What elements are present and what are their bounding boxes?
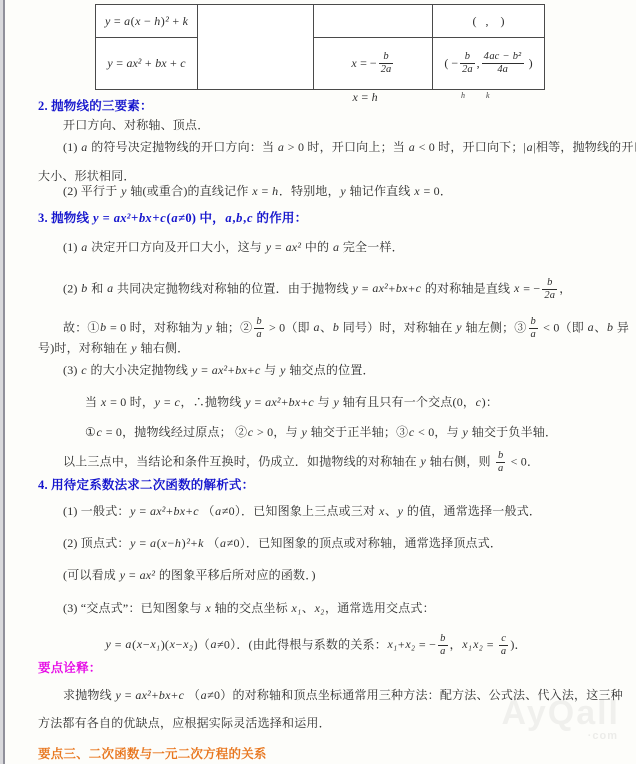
math-variable: x <box>161 536 168 550</box>
math-variable: x <box>100 395 107 409</box>
table-cell-vertex-blank-coords: ( , ) <box>433 5 544 38</box>
math-variable: a <box>408 140 415 154</box>
math-variable: ax² <box>113 211 131 225</box>
fraction-denominator: 2a <box>460 64 475 76</box>
math-variable: a <box>215 504 222 518</box>
table-column-axis: x = −b2a <box>313 5 432 89</box>
math-variable: bx <box>395 281 408 295</box>
chapter-heading: 要点三、二次函数与一元二次方程的关系 <box>38 745 267 763</box>
section-heading-3: 3. 抛物线 y = ax²+bx+c(a≠0) 中，a,b,c 的作用： <box>38 209 307 227</box>
text-line: (3) c 的大小决定抛物线 y = ax²+bx+c 与 y 轴交点的位置． <box>63 361 375 379</box>
text-line: 故：①b = 0 时，对称轴为 y 轴；②ba > 0（即 a、b 同号）时，对… <box>63 316 629 341</box>
math-variable: a <box>81 140 88 154</box>
text-line: 以上三点中，当结论和条件互换时，仍成立．如抛物线的对称轴在 y 轴右侧，则 ba… <box>63 450 539 475</box>
fraction-numerator: b <box>379 51 394 64</box>
math-variable: ax² <box>135 688 152 702</box>
table-cell-vertex-form: y = a(x − h)² + k <box>96 5 197 38</box>
math-variable: k <box>182 14 188 28</box>
paren-close: ) <box>526 56 533 71</box>
math-variable: ax² <box>265 395 282 409</box>
cutoff-glyph-h: h <box>461 91 465 100</box>
math-variable: a <box>210 637 217 651</box>
fraction-numerator: b <box>542 277 557 290</box>
fraction: 4ac − b²4a <box>482 51 524 76</box>
fraction-numerator: b <box>496 450 505 463</box>
document-page: y = a(x − h)² + k y = ax² + bx + c x = −… <box>0 0 636 764</box>
math-variable: y <box>352 281 359 295</box>
math-variable: k <box>198 536 205 550</box>
section-heading-4: 4. 用待定系数法求二次函数的解析式： <box>38 476 254 494</box>
math-variable: a <box>171 211 178 225</box>
note-heading: 要点诠释： <box>38 659 102 677</box>
math-variable: y <box>456 320 463 334</box>
table-column-vertex: ( , ) ( −b2a,4ac − b²4a ) <box>432 5 544 89</box>
math-variable: b <box>100 320 107 334</box>
section-heading-2: 2. 抛物线的三要素： <box>38 97 153 115</box>
fraction-denominator: 2a <box>542 290 557 302</box>
math-variable: y <box>115 688 122 702</box>
math-variable: c <box>408 425 415 439</box>
math-variable: h <box>154 14 161 28</box>
axis-label-xh: x = h <box>352 90 378 105</box>
math-variable: x₂ <box>473 637 484 651</box>
math-variable: a <box>332 240 339 254</box>
math-variable: bx <box>155 56 167 70</box>
fraction-denominator: 2a <box>379 64 394 76</box>
fraction-numerator: b <box>254 316 263 329</box>
math-variable: y <box>245 395 252 409</box>
vertex-coords-placeholder: ( , ) <box>473 14 505 29</box>
math-variable: a <box>225 211 232 225</box>
math-variable: a <box>150 536 157 550</box>
math-variable: x <box>378 504 385 518</box>
math-variable: h <box>272 184 279 198</box>
math-variable: y <box>105 14 111 28</box>
math-variable: a <box>107 281 114 295</box>
math-variable: c <box>475 395 482 409</box>
math-variable: ² <box>186 536 191 550</box>
math-variable: c <box>247 425 254 439</box>
math-variable: y <box>154 395 161 409</box>
math-variable: y <box>340 184 347 198</box>
math-variable: y <box>301 425 308 439</box>
table-cell-axis-blank <box>314 5 432 38</box>
math-variable: b <box>332 320 339 334</box>
math-variable: x <box>169 637 176 651</box>
math-variable: b <box>607 320 614 334</box>
math-variable: c <box>246 211 253 225</box>
fraction: ca <box>499 633 508 658</box>
math-variable: a <box>220 536 227 550</box>
text-line: 方法都有各自的优缺点，应根据实际灵活选择和运用． <box>38 714 331 732</box>
math-variable: ax² <box>126 56 142 70</box>
comma: , <box>477 56 480 71</box>
text-line: 求抛物线 y = ax²+bx+c （a≠0）的对称轴和顶点坐标通常用三种方法：… <box>63 686 623 704</box>
fraction-denominator: a <box>529 329 538 341</box>
math-variable: y <box>333 395 340 409</box>
math-variable: y <box>280 363 287 377</box>
fraction-denominator: a <box>438 646 447 658</box>
math-variable: x <box>205 601 212 615</box>
math-variable: x <box>252 184 259 198</box>
math-variable: y <box>191 363 198 377</box>
math-variable: b <box>236 211 243 225</box>
text-line: 开口方向、对称轴、顶点． <box>63 116 209 134</box>
math-variable: ax² <box>139 568 156 582</box>
general-form-formula: y = ax² + bx + c <box>107 56 186 71</box>
cutoff-glyph-k: k <box>486 91 490 100</box>
fraction: ba <box>438 633 447 658</box>
math-variable: c <box>193 504 200 518</box>
table-cell-general-form: y = ax² + bx + c <box>96 38 197 89</box>
table-column-form: y = a(x − h)² + k y = ax² + bx + c <box>96 5 197 89</box>
math-variable: ax² <box>211 363 228 377</box>
text-line: 号)时，对称轴在 y 轴右侧． <box>38 339 189 357</box>
fraction-denominator: 4a <box>482 64 524 76</box>
math-variable: x₂ <box>405 637 416 651</box>
math-variable: y <box>119 568 126 582</box>
text-line: (2) 平行于 y 轴(或重合)的直线记作 x = h．特别地，y 轴记作直线 … <box>63 182 452 200</box>
math-variable: y <box>397 504 404 518</box>
math-variable: bx <box>173 504 186 518</box>
fraction: ba <box>254 316 263 341</box>
fraction-numerator: b <box>460 51 475 64</box>
math-variable: a <box>277 140 284 154</box>
math-variable: y <box>107 56 113 70</box>
math-variable: a <box>313 320 320 334</box>
math-variable: a <box>81 240 88 254</box>
math-variable: x <box>352 90 358 104</box>
math-variable: x <box>414 184 421 198</box>
math-variable: x <box>513 281 520 295</box>
math-variable: y <box>130 536 137 550</box>
math-variable: y <box>130 504 137 518</box>
text-line: 当 x = 0 时，y = c，∴抛物线 y = ax²+bx+c 与 y 轴有… <box>85 393 498 411</box>
fraction: ba <box>496 450 505 475</box>
fraction: b2a <box>460 51 475 76</box>
math-variable: h <box>174 536 181 550</box>
math-variable: y <box>93 211 100 225</box>
math-variable: x <box>135 14 141 28</box>
math-variable: y <box>121 184 128 198</box>
math-variable: x₁ <box>291 601 302 615</box>
minus-sign: − <box>451 56 458 71</box>
math-variable: x₁ <box>462 637 473 651</box>
text-line: (可以看成 y = ax² 的图象平移后所对应的函数．) <box>63 566 316 584</box>
text-line: (1) a 的符号决定抛物线的开口方向：当 a > 0 时，开口向上；当 a <… <box>63 138 636 156</box>
math-variable: b² <box>512 51 521 62</box>
text-line: (2) 顶点式：y = a(x−h)²+k （a≠0）．已知图象的顶点或对称轴，… <box>63 534 502 552</box>
text-line: (3) “交点式”：已知图象与 x 轴的交点坐标 x₁、x₂，通常选用交点式： <box>63 599 435 617</box>
math-variable: a <box>200 688 207 702</box>
math-variable: a <box>587 320 594 334</box>
text-line: ①c = 0，抛物线经过原点； ②c > 0，与 y 轴交于正半轴；③c < 0… <box>85 423 557 441</box>
math-variable: y <box>105 637 112 651</box>
math-variable: a <box>124 14 131 28</box>
math-variable: c <box>415 281 422 295</box>
math-variable: c <box>96 425 103 439</box>
table-cell-empty-merged <box>198 5 313 89</box>
fraction-numerator: 4ac − b² <box>482 51 524 64</box>
math-variable: ax² <box>150 504 167 518</box>
table-cell-axis-formula: x = −b2a <box>314 38 432 89</box>
math-variable: x₂ <box>183 637 194 651</box>
math-variable: bx <box>235 363 248 377</box>
math-variable: ax² <box>285 240 302 254</box>
fraction-denominator: a <box>496 463 505 475</box>
paren-open: ( <box>444 56 451 71</box>
math-variable: h <box>371 90 378 104</box>
math-variable: x <box>136 637 143 651</box>
math-variable: bx <box>288 395 301 409</box>
fraction: ba <box>529 316 538 341</box>
math-variable: bx <box>138 211 152 225</box>
math-variable: y <box>131 341 138 355</box>
formula-summary-table: y = a(x − h)² + k y = ax² + bx + c x = −… <box>95 4 545 90</box>
fraction: b2a <box>379 51 394 76</box>
math-variable: c <box>160 211 167 225</box>
watermark-sub: ·com <box>588 730 618 742</box>
math-variable: x <box>351 56 357 70</box>
text-line: (1) a 决定开口方向及开口大小，这与 y = ax² 中的 a 完全一样． <box>63 238 404 256</box>
fraction-numerator: c <box>499 633 508 646</box>
text-line: (2) b 和 a 共同决定抛物线对称轴的位置．由于抛物线 y = ax²+bx… <box>63 277 571 302</box>
fraction-numerator: b <box>529 316 538 329</box>
text-line: (1) 一般式：y = ax²+bx+c （a≠0）．已知图象上三点或三对 x、… <box>63 502 541 520</box>
math-variable: ax² <box>372 281 389 295</box>
fraction-denominator: a <box>499 646 508 658</box>
math-variable: c <box>178 688 185 702</box>
table-column-blank <box>197 5 313 89</box>
math-variable: y <box>462 425 469 439</box>
fraction: b2a <box>542 277 557 302</box>
math-variable: y <box>206 320 213 334</box>
vertex-form-formula: y = a(x − h)² + k <box>105 14 189 29</box>
fraction-denominator: a <box>254 329 263 341</box>
math-variable: c <box>180 56 186 70</box>
math-variable: y <box>265 240 272 254</box>
axis-formula-prefix: x = − <box>351 56 377 71</box>
math-variable: c <box>174 395 181 409</box>
math-variable: c <box>308 395 315 409</box>
math-variable: x₁ <box>387 637 398 651</box>
math-variable: bx <box>158 688 171 702</box>
table-cell-vertex-coords: ( −b2a,4ac − b²4a ) <box>433 38 544 89</box>
math-variable: a <box>125 637 132 651</box>
math-variable: c <box>81 363 88 377</box>
math-variable: a <box>526 140 533 154</box>
math-variable: ² <box>165 14 170 28</box>
math-variable: b <box>81 281 88 295</box>
fraction-numerator: b <box>438 633 447 646</box>
math-variable: x₂ <box>314 601 325 615</box>
formula-line: y = a(x−x₁)(x−x₂)（a≠0）．(由此得根与系数的关系：x₁+x₂… <box>105 633 527 658</box>
math-variable: x₁ <box>150 637 161 651</box>
math-variable: c <box>254 363 261 377</box>
math-variable: ac <box>489 51 500 62</box>
math-variable: y <box>420 454 427 468</box>
